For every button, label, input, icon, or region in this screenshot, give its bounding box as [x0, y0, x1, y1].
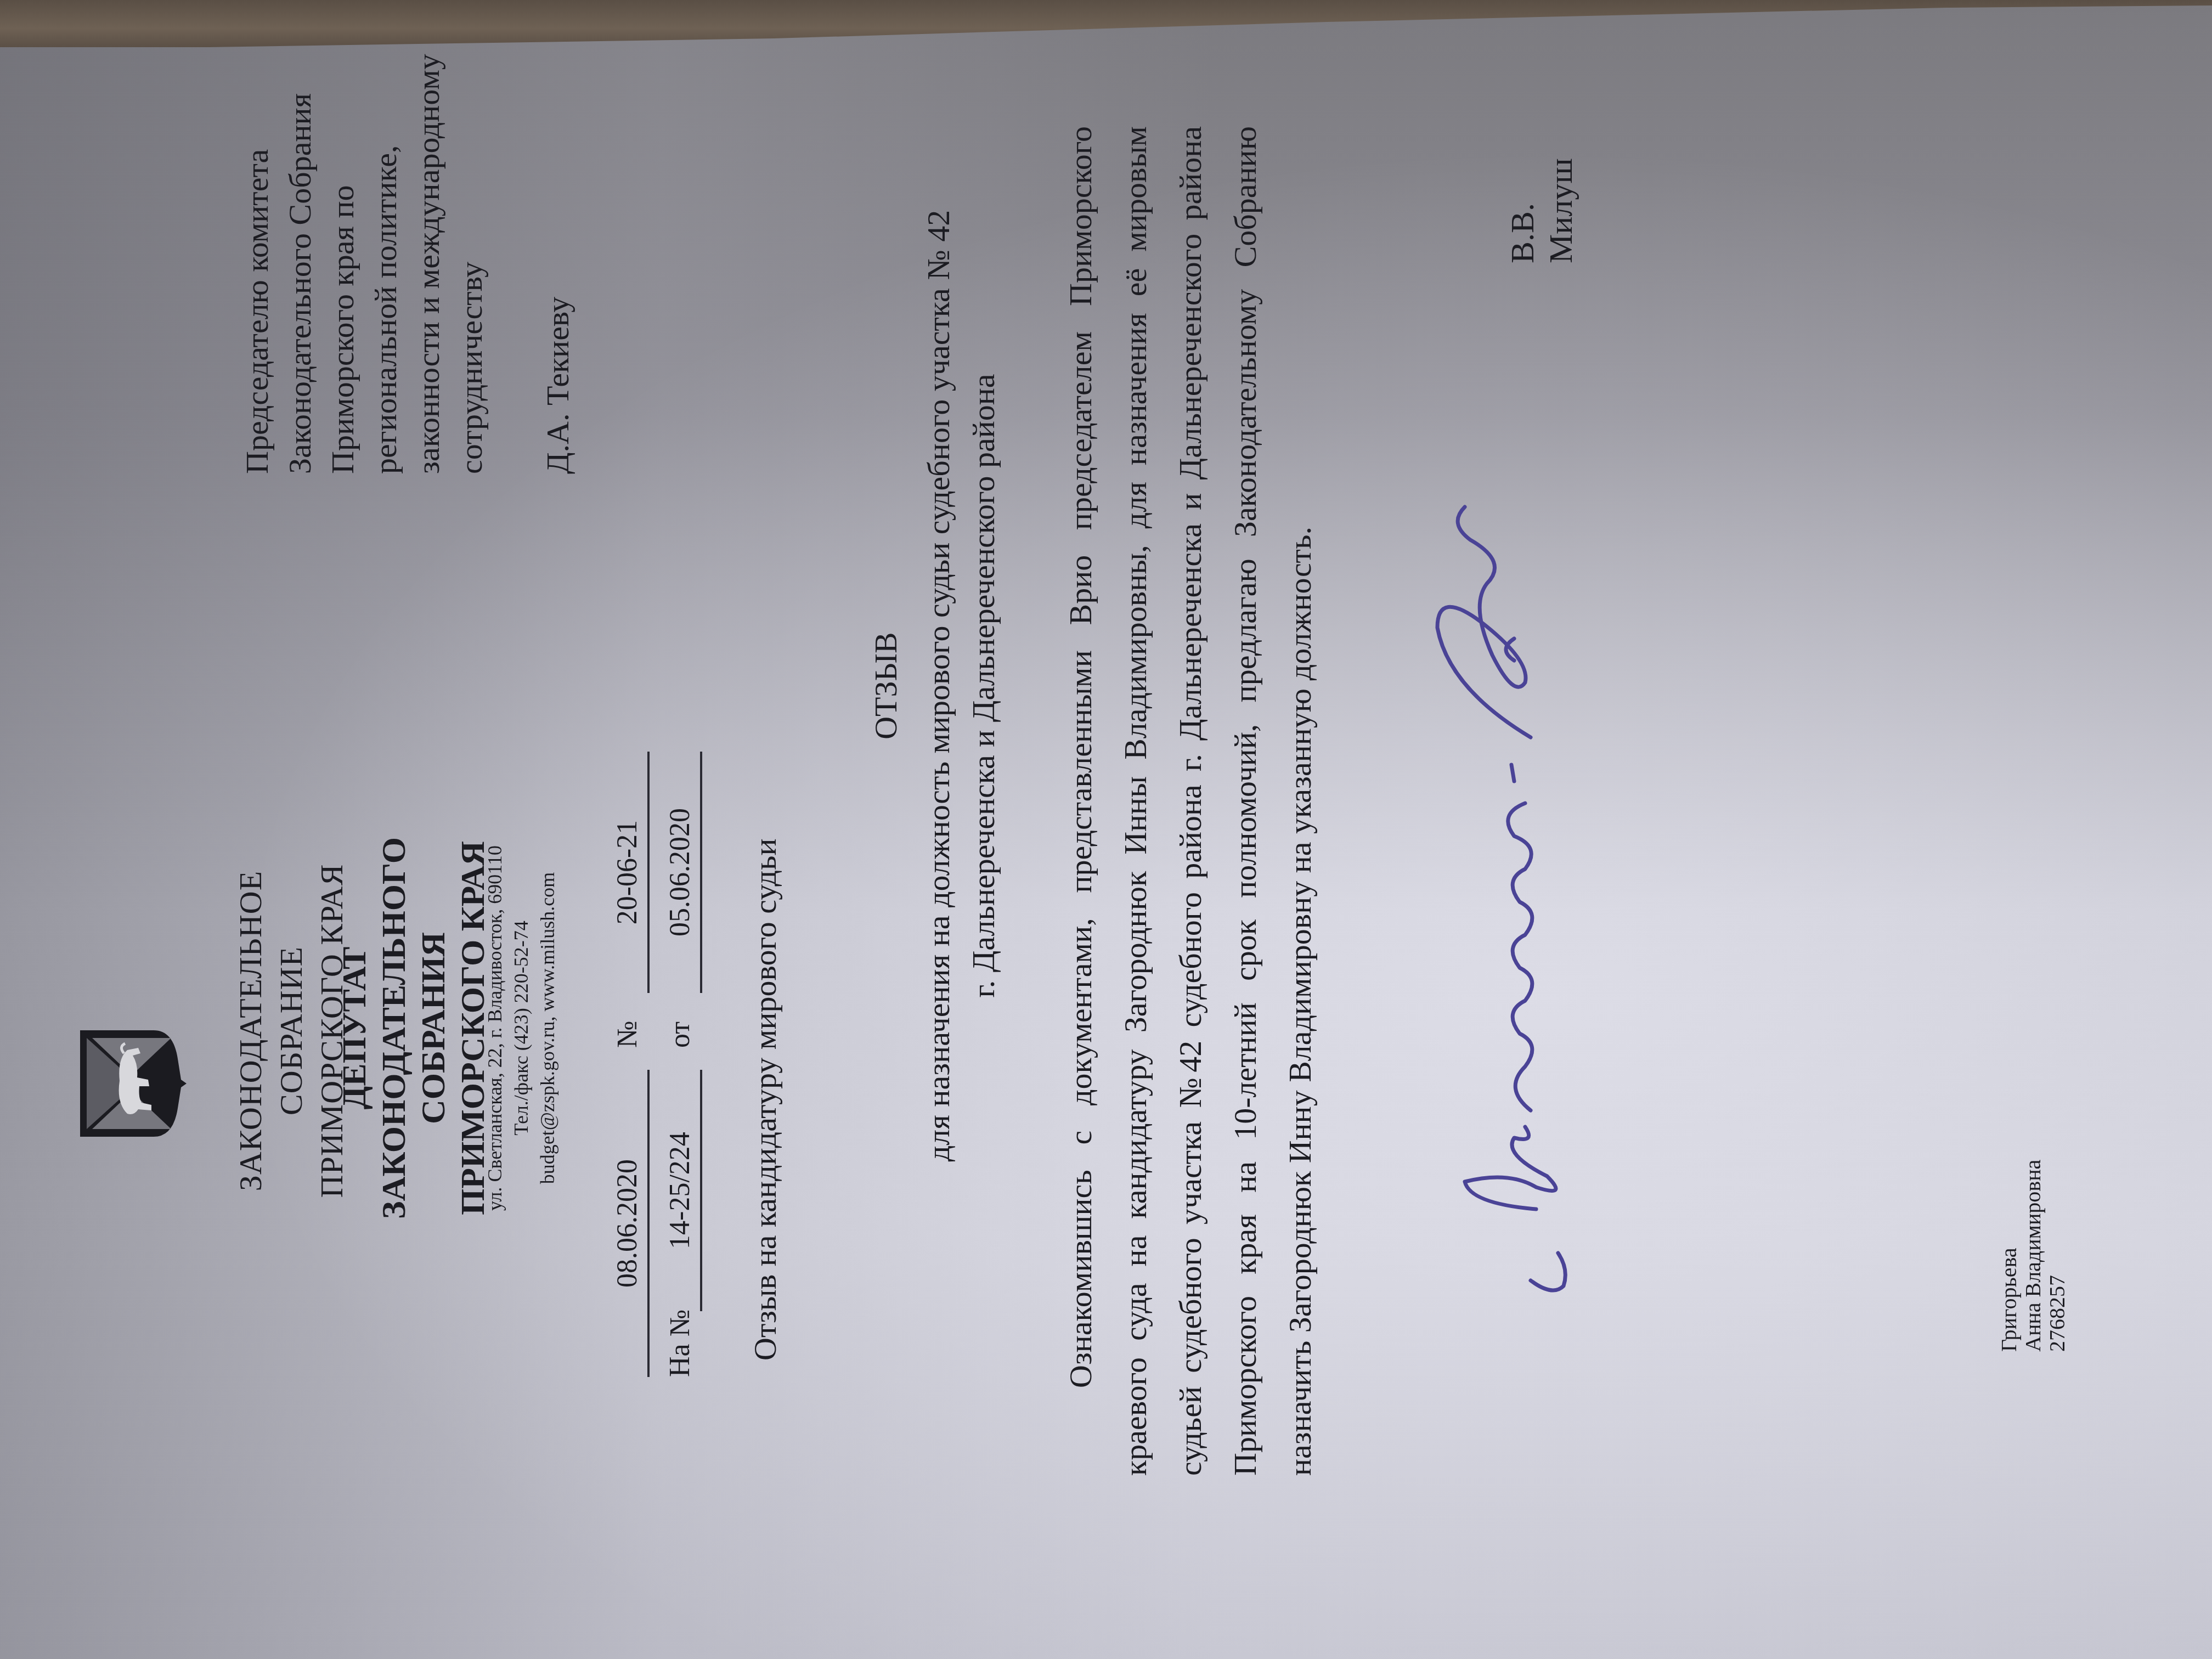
primorsky-krai-coat-of-arms-icon: [77, 1026, 187, 1141]
from-label: от: [664, 1022, 696, 1048]
handwritten-signature: [1404, 386, 1580, 1319]
letter-page: ЗАКОНОДАТЕЛЬНОЕ СОБРАНИЕ ПРИМОРСКОГО КРА…: [0, 0, 2212, 1659]
executor-name: Анна Владимировна: [2021, 1077, 2045, 1352]
number-label: №: [611, 1020, 644, 1048]
addressee-block: Председателю комитета Законодательного С…: [236, 24, 579, 474]
org-name-line1: ЗАКОНОДАТЕЛЬНОЕ СОБРАНИЕ: [230, 820, 312, 1242]
letter-subject: Отзыв на кандидатуру мирового судьи: [746, 702, 785, 1361]
address-phone: Тел./факс (423) 220-52-74: [508, 792, 534, 1264]
subtitle-line2: г. Дальнереченска и Дальнереченского рай…: [961, 0, 1006, 1378]
addressee-line: Председателю комитета: [236, 24, 279, 474]
document-body: Ознакомившись с документами, представлен…: [1053, 126, 1328, 1476]
address-email-web: budget@zspk.gov.ru, www.milush.com: [534, 792, 561, 1264]
subtitle-line1: для назначения на должность мирового суд…: [916, 0, 961, 1378]
in-reply-date: 05.06.2020: [664, 752, 696, 993]
outgoing-number: 20-06-21: [611, 752, 644, 993]
executor-phone: 2768257: [2045, 1077, 2069, 1352]
in-reply-label: На №: [664, 1310, 696, 1377]
org-header: ЗАКОНОДАТЕЛЬНОЕ СОБРАНИЕ ПРИМОРСКОГО КРА…: [230, 820, 352, 1242]
executor-block: Григорьева Анна Владимировна 2768257: [1997, 1077, 2069, 1352]
address-street: ул. Светланская, 22, г. Владивосток, 690…: [482, 792, 508, 1264]
addressee-line: законности и международному: [407, 24, 450, 474]
deputy-title-line2: ЗАКОНОДАТЕЛЬНОГО СОБРАНИЯ: [374, 792, 453, 1264]
outgoing-date: 08.06.2020: [611, 1070, 644, 1377]
outgoing-ref-row: 08.06.2020 № 20-06-21: [603, 741, 656, 1377]
sender-address: ул. Светланская, 22, г. Владивосток, 690…: [482, 792, 561, 1264]
in-reply-number: 14-25/224: [664, 1070, 696, 1311]
document-subtitle: для назначения на должность мирового суд…: [916, 0, 1006, 1378]
signer-name: В.В. Милуш: [1503, 99, 1580, 263]
deputy-header: ДЕПУТАТ ЗАКОНОДАТЕЛЬНОГО СОБРАНИЯ ПРИМОР…: [335, 792, 493, 1264]
addressee-line: региональной политике,: [364, 24, 407, 474]
executor-surname: Григорьева: [1997, 1077, 2021, 1352]
addressee-name: Д.А. Текиеву: [537, 24, 579, 474]
addressee-line: Приморского края по: [321, 24, 364, 474]
addressee-line: сотрудничеству: [450, 24, 493, 474]
registration-block: 08.06.2020 № 20-06-21 На № 14-25/224 от …: [603, 741, 709, 1377]
document-title: ОТЗЫВ: [867, 0, 905, 1378]
in-reply-row: На № 14-25/224 от 05.06.2020: [656, 741, 709, 1377]
addressee-line: Законодательного Собрания: [279, 24, 321, 474]
deputy-title-line1: ДЕПУТАТ: [335, 792, 374, 1264]
